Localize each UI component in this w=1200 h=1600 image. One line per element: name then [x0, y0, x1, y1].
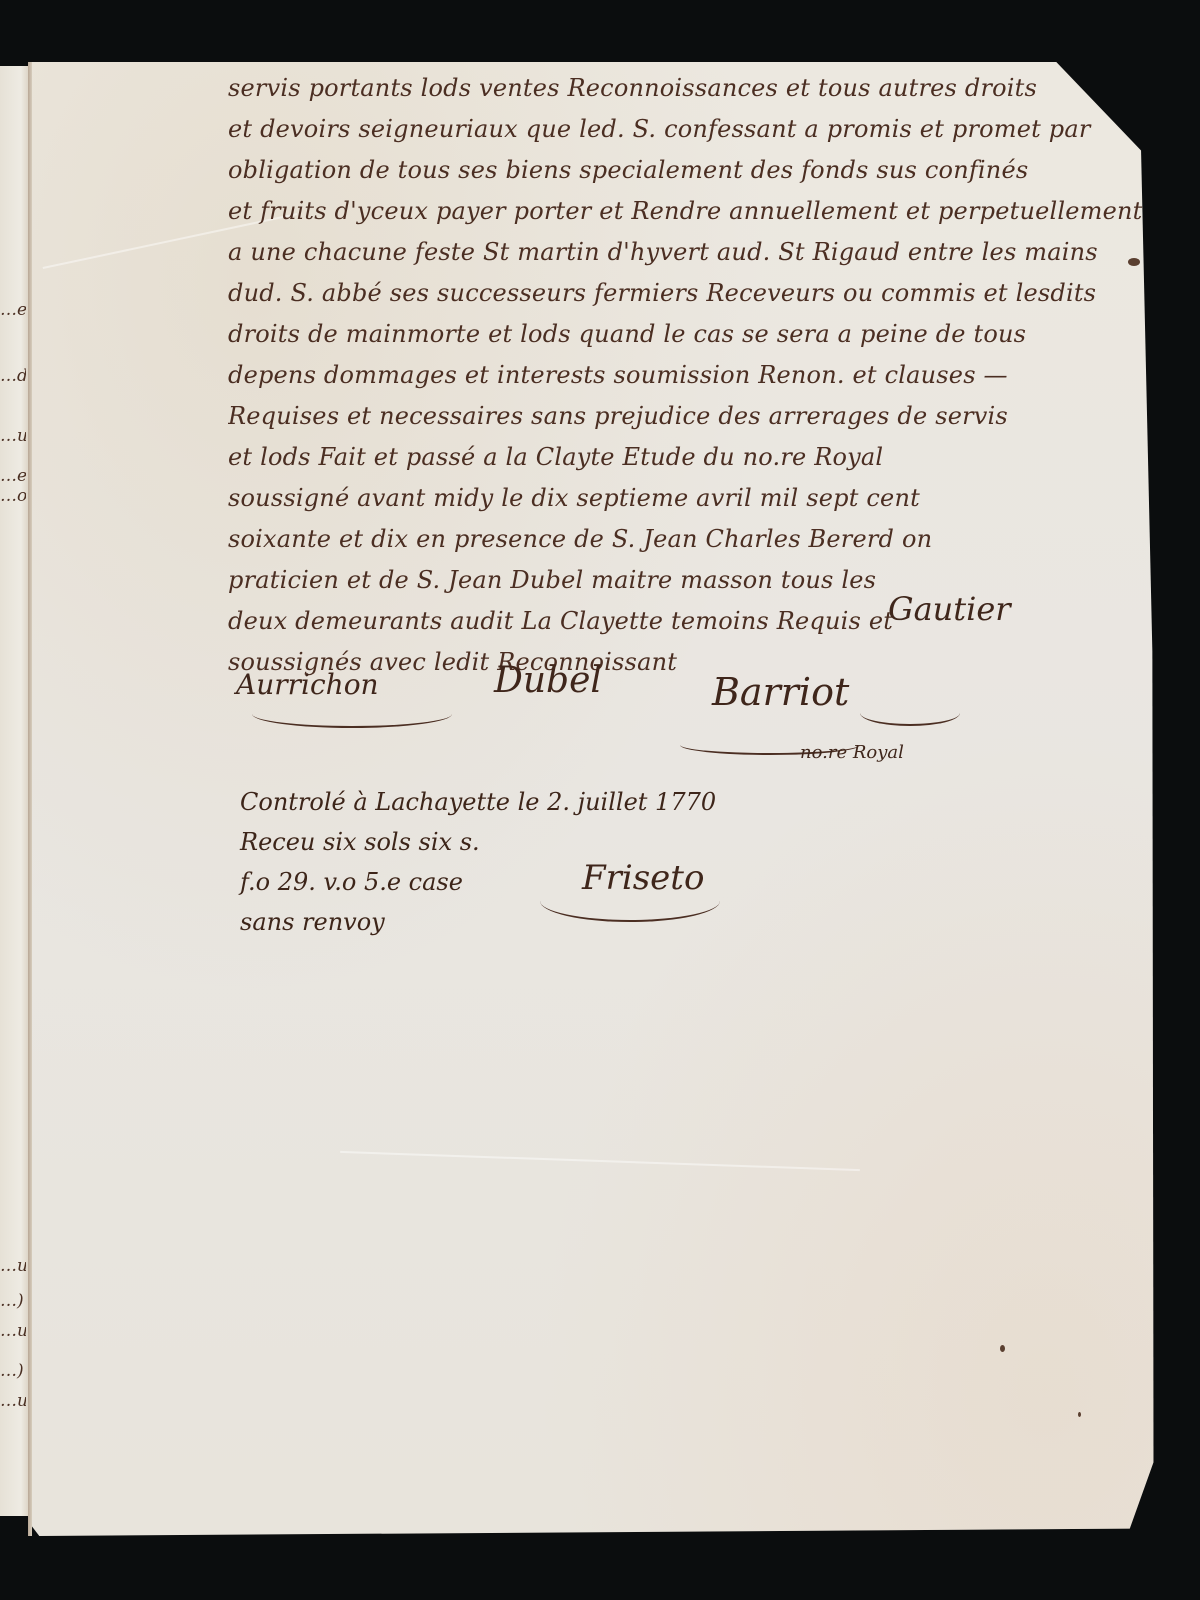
control-line: Controlé à Lachayette le 2. juillet 1770 — [240, 782, 800, 822]
control-line: Receu six sols six s. — [240, 822, 800, 862]
text-line: et devoirs seigneuriaux que led. S. conf… — [228, 109, 1148, 150]
left-fragment: …o — [0, 486, 26, 506]
left-fragment: …) — [0, 1361, 26, 1381]
left-fragment: …) — [0, 1291, 26, 1311]
signature-gautier: Gautier — [888, 590, 1011, 628]
center-fold — [28, 62, 32, 1536]
text-line: droits de mainmorte et lods quand le cas… — [228, 314, 1148, 355]
paraph-flourish — [540, 880, 720, 922]
left-fragment: …uan — [0, 426, 26, 446]
signature-aurrichon: Aurrichon — [236, 668, 379, 701]
text-line: et fruits d'yceux payer porter et Rendre… — [228, 191, 1148, 232]
text-line: soixante et dix en presence de S. Jean C… — [228, 519, 1148, 560]
text-line: dud. S. abbé ses successeurs fermiers Re… — [228, 273, 1148, 314]
notary-title: no.re Royal — [800, 742, 904, 763]
text-line: obligation de tous ses biens specialemen… — [228, 150, 1148, 191]
text-line: servis portants lods ventes Reconnoissan… — [228, 68, 1148, 109]
paraph-flourish — [252, 700, 452, 728]
paraph-flourish — [860, 700, 960, 726]
text-line: a une chacune feste St martin d'hyvert a… — [228, 232, 1148, 273]
ink-spot — [1128, 258, 1140, 266]
facing-page-stub: …e …d …uan …e …o …uanc …) …uin …) …us — [0, 66, 30, 1516]
signature-barriot: Barriot — [712, 670, 849, 714]
ink-spot — [1078, 1412, 1081, 1417]
left-fragment: …uin — [0, 1321, 26, 1341]
left-fragment: …d — [0, 366, 26, 386]
control-line: sans renvoy — [240, 902, 800, 942]
left-fragment: …uanc — [0, 1256, 26, 1276]
ink-spot — [1000, 1345, 1005, 1352]
text-line: Requises et necessaires sans prejudice d… — [228, 396, 1148, 437]
left-fragment: …e — [0, 300, 26, 320]
signature-dubel: Dubel — [494, 660, 602, 701]
left-fragment: …us — [0, 1391, 26, 1411]
text-line: depens dommages et interests soumission … — [228, 355, 1148, 396]
left-fragment: …e — [0, 466, 26, 486]
text-line: et lods Fait et passé a la Clayte Etude … — [228, 437, 1148, 478]
text-line: soussigné avant midy le dix septieme avr… — [228, 478, 1148, 519]
control-note: Controlé à Lachayette le 2. juillet 1770… — [240, 782, 800, 942]
